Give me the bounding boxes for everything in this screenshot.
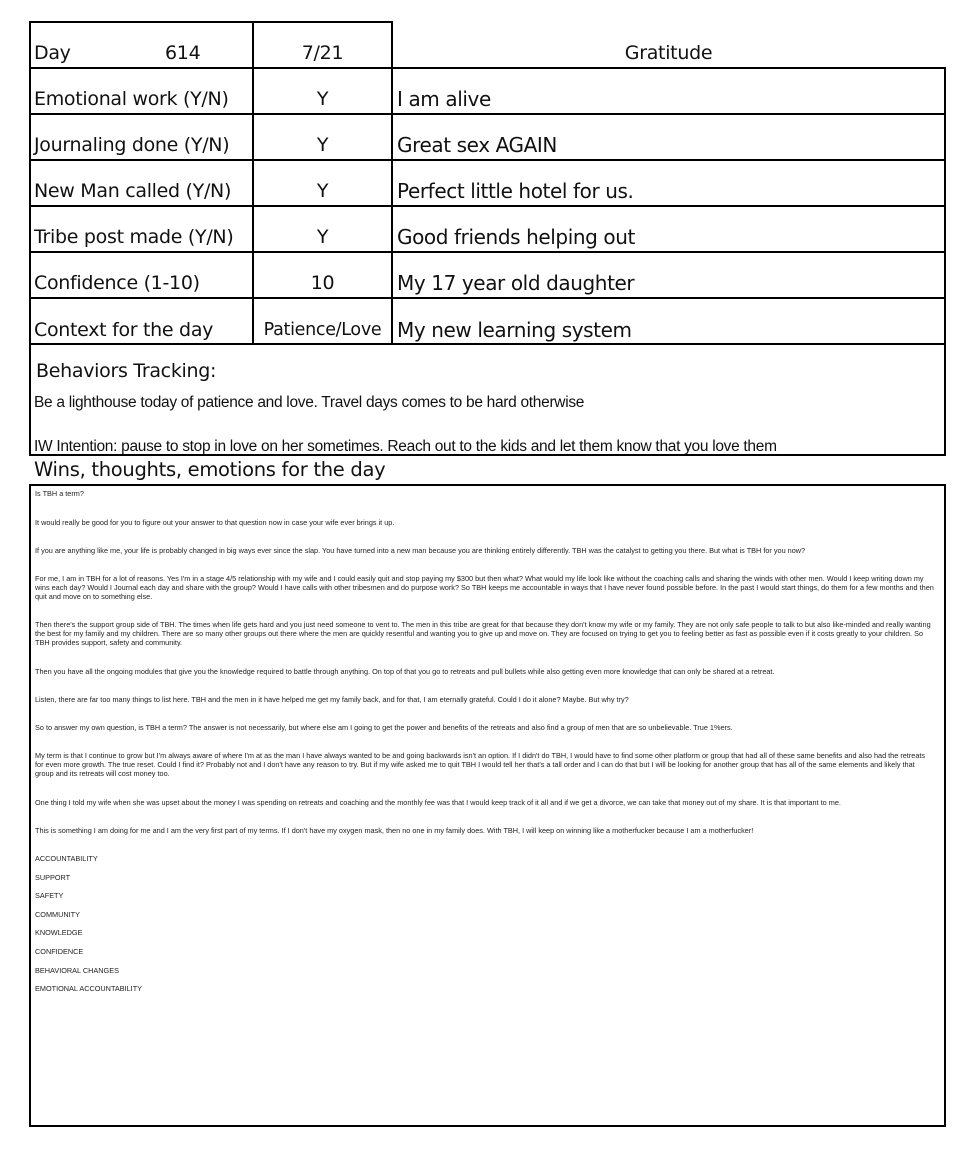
row-divider [29,67,946,69]
wins-box: Is TBH a term? It would really be good f… [29,484,946,1127]
row-divider [29,205,946,207]
wins-paragraph: One thing I told my wife when she was up… [35,798,935,807]
row-value-emotional-work: Y [254,88,391,110]
gratitude-item: Good friends helping out [397,226,635,248]
wins-paragraph: So to answer my own question, is TBH a t… [35,723,935,732]
keyword-item: SUPPORT [35,873,70,882]
row-value-tribe-post: Y [254,226,391,248]
wins-paragraph: Is TBH a term? [35,489,935,498]
keyword-item: SAFETY [35,891,63,900]
row-divider [29,297,946,299]
table-border-top [29,21,393,23]
row-value-new-man-called: Y [254,180,391,202]
keyword-item: EMOTIONAL ACCOUNTABILITY [35,984,142,993]
behaviors-line: Be a lighthouse today of patience and lo… [34,394,584,412]
wins-paragraph: Listen, there are far too many things to… [35,695,935,704]
keyword-item: BEHAVIORAL CHANGES [35,966,119,975]
keyword-item: CONFIDENCE [35,947,83,956]
gratitude-item: Great sex AGAIN [397,134,557,156]
gratitude-item: Perfect little hotel for us. [397,180,634,202]
row-label-new-man-called: New Man called (Y/N) [34,180,231,202]
row-label-confidence: Confidence (1-10) [34,272,200,294]
wins-paragraph: For me, I am in TBH for a lot of reasons… [35,574,935,602]
wins-paragraph: If you are anything like me, your life i… [35,546,935,555]
row-value-context: Patience/Love [254,319,391,341]
row-divider [29,251,946,253]
keyword-item: KNOWLEDGE [35,928,82,937]
date-value: 7/21 [254,42,391,64]
day-number: 614 [165,42,200,64]
gratitude-item: My new learning system [397,319,632,341]
gratitude-item: My 17 year old daughter [397,272,634,294]
row-label-context: Context for the day [34,319,213,341]
day-label: Day [34,42,71,64]
row-divider [29,113,946,115]
row-value-confidence: 10 [254,272,391,294]
row-divider [29,159,946,161]
iw-intention: IW Intention: pause to stop in love on h… [34,438,777,456]
row-value-journaling: Y [254,134,391,156]
table-border-left [29,21,31,456]
keyword-item: ACCOUNTABILITY [35,854,98,863]
wins-paragraph: This is something I am doing for me and … [35,826,935,835]
row-label-emotional-work: Emotional work (Y/N) [34,88,229,110]
wins-paragraph: My term is that I continue to grow but I… [35,751,935,779]
row-divider [29,343,946,345]
keyword-item: COMMUNITY [35,910,80,919]
wins-title: Wins, thoughts, emotions for the day [34,458,385,481]
gratitude-heading: Gratitude [393,42,944,64]
gratitude-item: I am alive [397,88,491,110]
row-label-tribe-post: Tribe post made (Y/N) [34,226,233,248]
behaviors-title: Behaviors Tracking: [36,360,216,382]
wins-paragraph: It would really be good for you to figur… [35,518,935,527]
table-border-right [944,67,946,456]
wins-paragraph: Then there's the support group side of T… [35,620,935,648]
wins-paragraph: Then you have all the ongoing modules th… [35,667,935,676]
row-label-journaling: Journaling done (Y/N) [34,134,229,156]
